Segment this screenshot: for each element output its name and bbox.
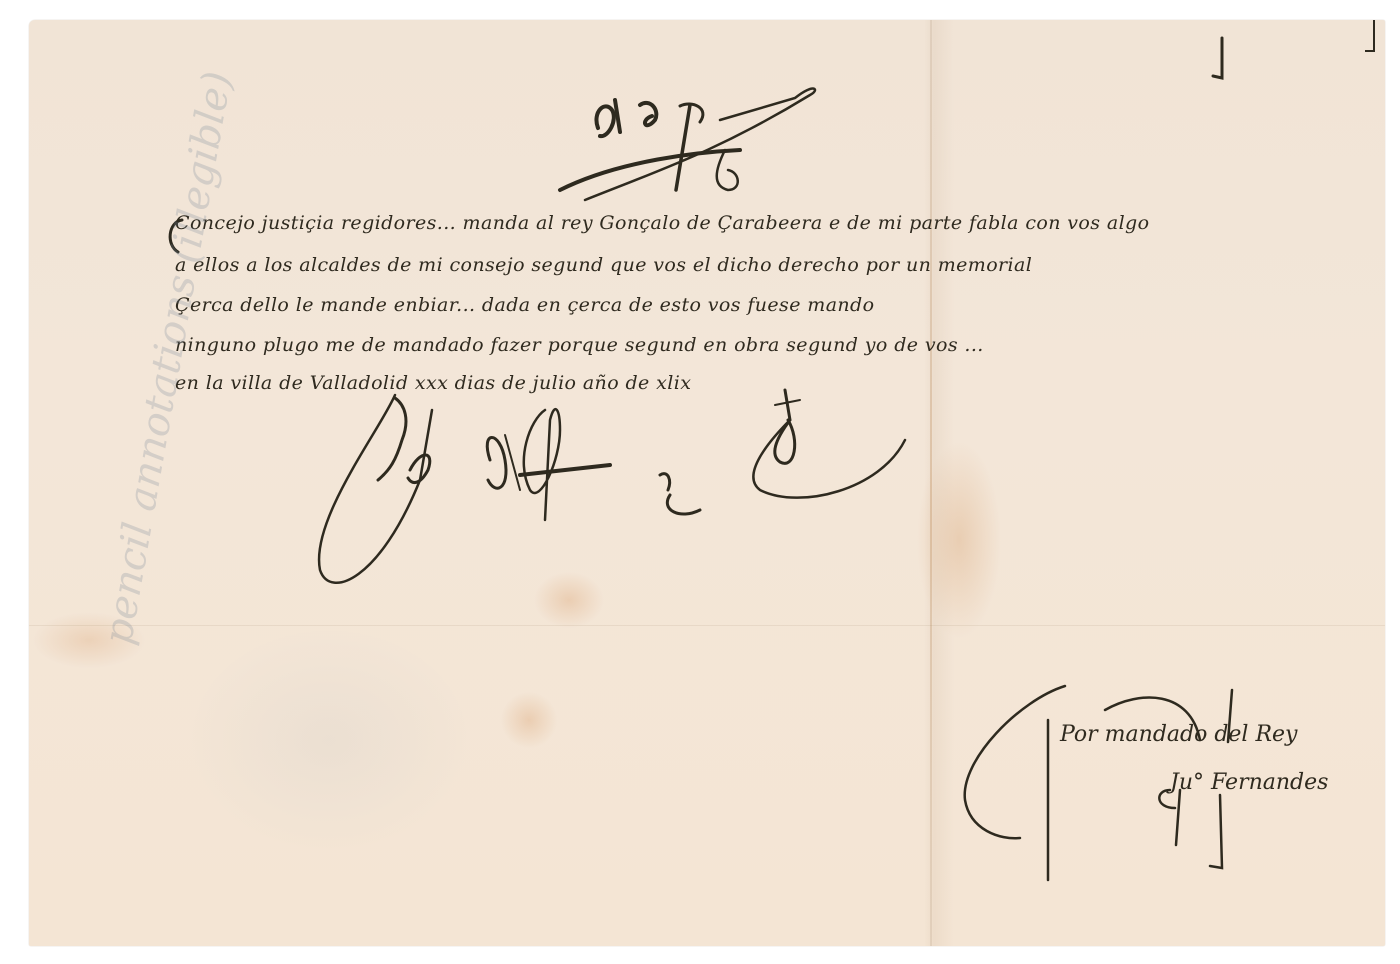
royal-signature-yo-el-rey bbox=[319, 395, 700, 583]
body-line-2: a ellos a los alcaldes de mi consejo seg… bbox=[175, 254, 1335, 276]
signature-rey-flourish bbox=[753, 390, 905, 498]
secretary-signature: Ju° Fernandes bbox=[1170, 770, 1328, 795]
countersign-label: Por mandado del Rey bbox=[1060, 722, 1297, 747]
royal-monogram-flourish bbox=[560, 89, 815, 200]
body-line-5-date: en la villa de Valladolid xxx dias de ju… bbox=[175, 372, 1335, 394]
body-line-1: Concejo justiçia regidores... manda al r… bbox=[175, 212, 1335, 234]
top-right-mark bbox=[1213, 38, 1222, 78]
body-line-3: Çerca dello le mande enbiar... dada en ç… bbox=[175, 294, 1335, 316]
body-line-4: ninguno plugo me de mandado fazer porque… bbox=[175, 334, 1335, 356]
